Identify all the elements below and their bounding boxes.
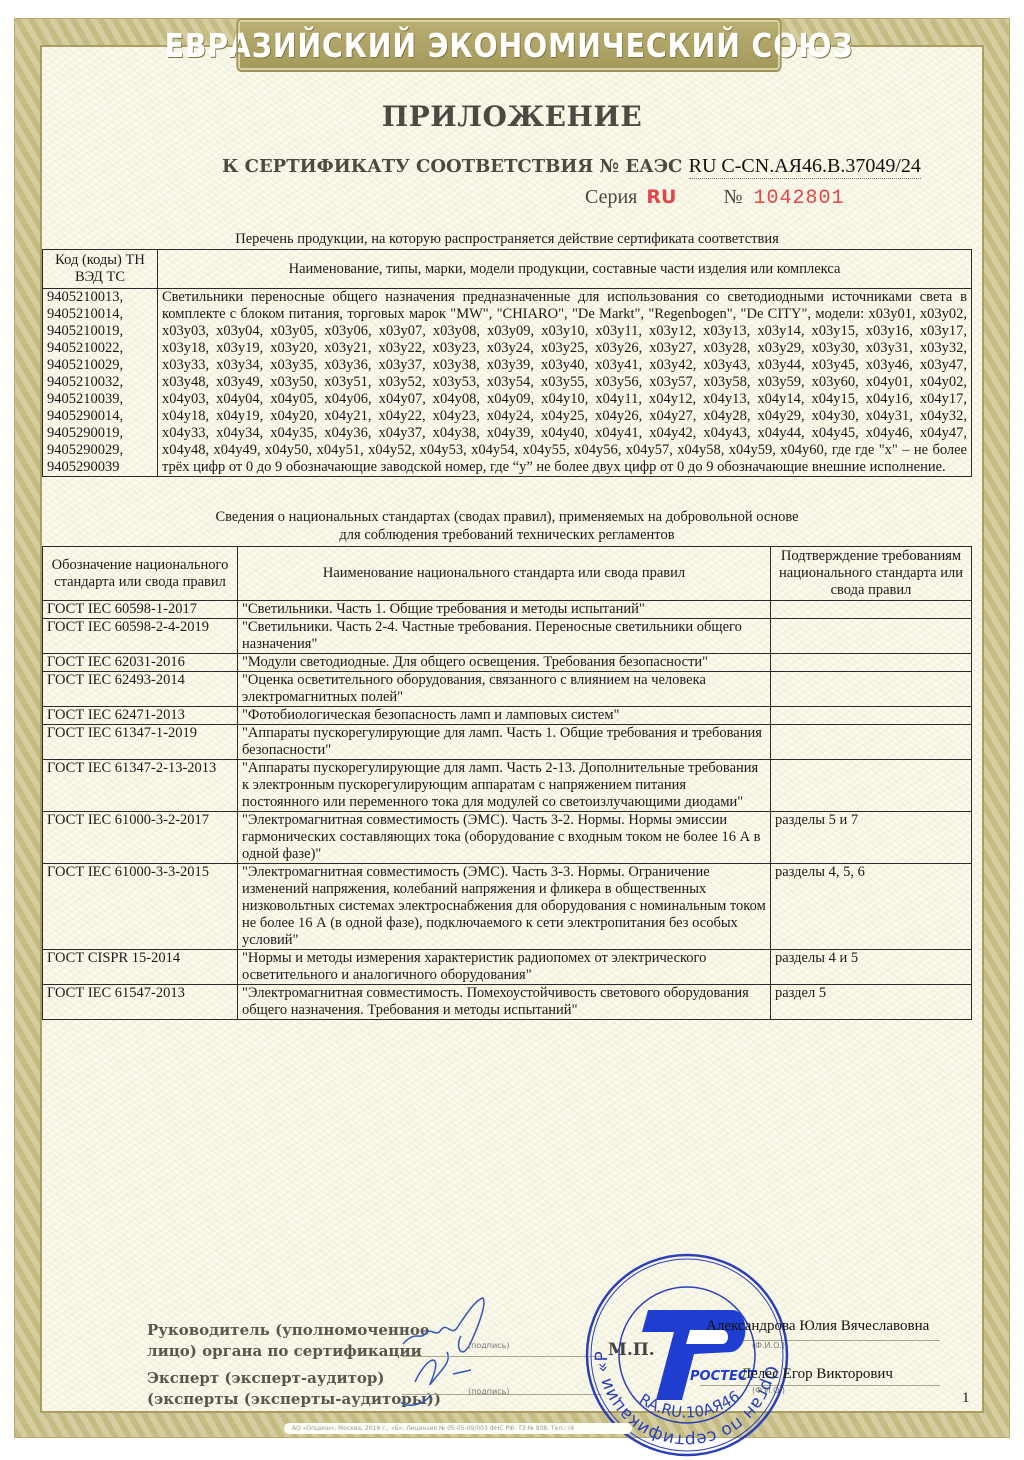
standard-designation: ГОСТ IEC 60598-1-2017: [43, 601, 238, 619]
table-row: ГОСТ IEC 61347-2-13-2013"Аппараты пускор…: [43, 760, 972, 812]
hs-code: 9405290039: [47, 459, 153, 476]
table-row: ГОСТ IEC 62493-2014"Оценка осветительног…: [43, 672, 972, 707]
page-number: 1: [962, 1390, 970, 1407]
head-label-line1: Руководитель (уполномоченное: [147, 1320, 429, 1341]
table-row: ГОСТ IEC 61547-2013"Электромагнитная сов…: [43, 985, 972, 1020]
table-row: ГОСТ IEC 60598-1-2017"Светильники. Часть…: [43, 601, 972, 619]
standard-name: "Электромагнитная совместимость (ЭМС). Ч…: [238, 812, 771, 864]
table-row: ГОСТ IEC 62031-2016"Модули светодиодные.…: [43, 654, 972, 672]
standard-name: "Электромагнитная совместимость (ЭМС). Ч…: [238, 864, 771, 950]
hs-code: 9405210014,: [47, 306, 153, 323]
expert-name: Лелес Егор Викторович: [741, 1366, 893, 1383]
standard-confirmation: [771, 707, 972, 725]
hs-code: 9405290019,: [47, 425, 153, 442]
standard-confirmation: [771, 619, 972, 654]
hs-code: 9405210013,: [47, 289, 153, 306]
hs-code: 9405210032,: [47, 374, 153, 391]
standards-caption-line2: для соблюдения требований технических ре…: [40, 526, 974, 544]
certificate-number: RU C-CN.АЯ46.В.37049/24: [689, 155, 921, 179]
table-row: ГОСТ IEC 61000-3-3-2015"Электромагнитная…: [43, 864, 972, 950]
expert-signature-hint: (подпись): [468, 1387, 509, 1396]
hs-code: 9405210039,: [47, 391, 153, 408]
head-signature-hint: (подпись): [468, 1341, 509, 1350]
hs-code: 9405210029,: [47, 357, 153, 374]
header-code: Код (коды) ТН ВЭД ТС: [43, 250, 158, 289]
standard-designation: ГОСТ IEC 60598-2-4-2019: [43, 619, 238, 654]
head-label-line2: лицо) органа по сертификации: [147, 1341, 429, 1362]
series-code: RU: [646, 186, 676, 208]
form-series: Серия RU № 1042801: [585, 186, 845, 210]
standard-name: "Фотобиологическая безопасность ламп и л…: [238, 707, 771, 725]
standards-table: Обозначение национального стандарта или …: [42, 546, 972, 1020]
standard-name: "Аппараты пускорегулирующие для ламп. Ча…: [238, 725, 771, 760]
products-table: Код (коды) ТН ВЭД ТС Наименование, типы,…: [42, 249, 972, 477]
series-label: Серия: [585, 186, 637, 208]
document-title: ПРИЛОЖЕНИЕ: [0, 100, 1024, 133]
standard-designation: ГОСТ IEC 61347-1-2019: [43, 725, 238, 760]
hs-code: 9405290029,: [47, 442, 153, 459]
standard-name: "Аппараты пускорегулирующие для ламп. Ча…: [238, 760, 771, 812]
standard-name: "Светильники. Часть 1. Общие требования …: [238, 601, 771, 619]
standard-confirmation: разделы 4 и 5: [771, 950, 972, 985]
standard-designation: ГОСТ IEC 62471-2013: [43, 707, 238, 725]
header-product-name: Наименование, типы, марки, модели продук…: [158, 250, 972, 289]
standards-header-row: Обозначение национального стандарта или …: [43, 547, 972, 601]
standard-confirmation: раздел 5: [771, 985, 972, 1020]
form-number: 1042801: [754, 187, 845, 210]
table-row: ГОСТ IEC 61000-3-2-2017"Электромагнитная…: [43, 812, 972, 864]
stamp-accreditation: RA.RU.10АЯ46: [636, 1387, 743, 1422]
hs-codes: 9405210013,9405210014,9405210019,9405210…: [43, 289, 158, 477]
standard-designation: ГОСТ IEC 61347-2-13-2013: [43, 760, 238, 812]
standard-designation: ГОСТ IEC 61000-3-2-2017: [43, 812, 238, 864]
standard-designation: ГОСТ IEC 62493-2014: [43, 672, 238, 707]
standard-name: "Электромагнитная совместимость. Помехоу…: [238, 985, 771, 1020]
certificate-reference: К СЕРТИФИКАТУ СООТВЕТСТВИЯ № ЕАЭС RU C-C…: [222, 155, 921, 178]
standard-confirmation: [771, 760, 972, 812]
product-description: Светильники переносные общего назначения…: [158, 289, 972, 477]
header-standard-name: Наименование национального стандарта или…: [238, 547, 771, 601]
printer-imprint: АО «Опцион», Москва, 2019 г., «Б», Лицен…: [284, 1423, 632, 1434]
standard-confirmation: [771, 672, 972, 707]
head-label: Руководитель (уполномоченное лицо) орган…: [147, 1320, 429, 1362]
hs-code: 9405290014,: [47, 408, 153, 425]
head-signature-line: [402, 1356, 602, 1357]
standards-caption: Сведения о национальных стандартах (свод…: [40, 508, 974, 544]
table-row: ГОСТ IEC 62471-2013"Фотобиологическая бе…: [43, 707, 972, 725]
standard-confirmation: разделы 5 и 7: [771, 812, 972, 864]
standard-designation: ГОСТ CISPR 15-2014: [43, 950, 238, 985]
standard-confirmation: разделы 4, 5, 6: [771, 864, 972, 950]
header-confirmation: Подтверждение требованиям национального …: [771, 547, 972, 601]
hs-code: 9405210022,: [47, 340, 153, 357]
table-row: 9405210013,9405210014,9405210019,9405210…: [43, 289, 972, 477]
standard-confirmation: [771, 601, 972, 619]
standard-designation: ГОСТ IEC 61000-3-3-2015: [43, 864, 238, 950]
standard-name: "Светильники. Часть 2-4. Частные требова…: [238, 619, 771, 654]
header-designation: Обозначение национального стандарта или …: [43, 547, 238, 601]
table-row: ГОСТ CISPR 15-2014"Нормы и методы измере…: [43, 950, 972, 985]
standard-designation: ГОСТ IEC 61547-2013: [43, 985, 238, 1020]
hs-code: 9405210019,: [47, 323, 153, 340]
products-caption: Перечень продукции, на которую распростр…: [40, 230, 974, 248]
certificate-label: К СЕРТИФИКАТУ СООТВЕТСТВИЯ № ЕАЭС: [222, 156, 682, 177]
union-banner: ЕВРАЗИЙСКИЙ ЭКОНОМИЧЕСКИЙ СОЮЗ: [238, 20, 780, 70]
products-header-row: Код (коды) ТН ВЭД ТС Наименование, типы,…: [43, 250, 972, 289]
standard-confirmation: [771, 725, 972, 760]
head-name: Александрова Юлия Вячеславовна: [706, 1318, 929, 1335]
table-row: ГОСТ IEC 61347-1-2019"Аппараты пускорегу…: [43, 725, 972, 760]
standard-designation: ГОСТ IEC 62031-2016: [43, 654, 238, 672]
standard-name: "Оценка осветительного оборудования, свя…: [238, 672, 771, 707]
standards-caption-line1: Сведения о национальных стандартах (свод…: [40, 508, 974, 526]
standard-name: "Модули светодиодные. Для общего освещен…: [238, 654, 771, 672]
standard-name: "Нормы и методы измерения характеристик …: [238, 950, 771, 985]
table-row: ГОСТ IEC 60598-2-4-2019"Светильники. Час…: [43, 619, 972, 654]
form-number-label: №: [723, 186, 742, 208]
standard-confirmation: [771, 654, 972, 672]
